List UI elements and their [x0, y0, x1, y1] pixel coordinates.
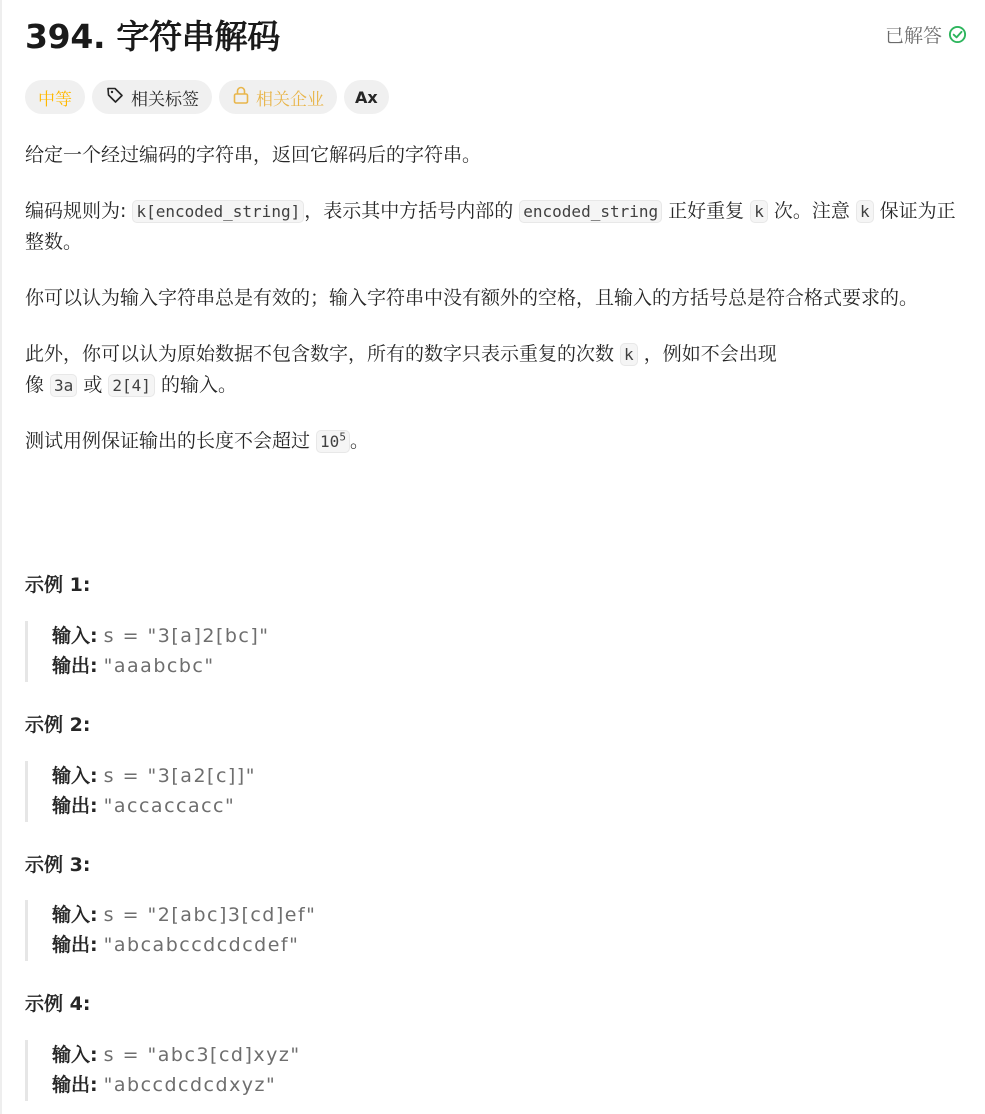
related-companies-label: 相关企业	[256, 85, 324, 110]
related-topics-label: 相关标签	[131, 85, 199, 110]
input-label: 输入:	[52, 1044, 98, 1066]
output-label: 输出:	[52, 795, 98, 817]
difficulty-badge[interactable]: 中等	[25, 80, 85, 114]
related-topics-button[interactable]: 相关标签	[92, 80, 212, 114]
desc-paragraph-5: 测试用例保证输出的长度不会超过 105。	[25, 426, 960, 457]
problem-header: 394. 字符串解码 已解答	[25, 10, 967, 58]
desc-paragraph-3: 你可以认为输入字符串总是有效的；输入字符串中没有额外的空格，且输入的方括号总是符…	[25, 283, 960, 314]
example-input: s = "3[a]2[bc]"	[104, 625, 270, 647]
lock-icon	[232, 85, 250, 110]
example-4-block: 输入: s = "abc3[cd]xyz" 输出: "abccdcdcdxyz"	[25, 1040, 652, 1101]
desc-paragraph-2: 编码规则为: k[encoded_string]，表示其中方括号内部的 enco…	[25, 196, 960, 258]
problem-title: 394. 字符串解码	[25, 11, 280, 58]
example-output: "abcabccdcdcdef"	[104, 934, 300, 956]
example-input: s = "2[abc]3[cd]ef"	[104, 904, 317, 926]
input-label: 输入:	[52, 904, 98, 926]
inline-code: k	[856, 200, 874, 223]
output-label: 输出:	[52, 934, 98, 956]
desc-paragraph-1: 给定一个经过编码的字符串，返回它解码后的字符串。	[25, 140, 960, 171]
example-1-title: 示例 1:	[25, 570, 90, 597]
example-2-block: 输入: s = "3[a2[c]]" 输出: "accaccacc"	[25, 761, 652, 822]
related-companies-button[interactable]: 相关企业	[219, 80, 337, 114]
desc-paragraph-4: 此外，你可以认为原始数据不包含数字，所有的数字只表示重复的次数 k ，例如不会出…	[25, 339, 960, 401]
inline-code: 2[4]	[108, 374, 155, 397]
problem-description: 给定一个经过编码的字符串，返回它解码后的字符串。 编码规则为: k[encode…	[25, 140, 960, 482]
example-output: "abccdcdcdxyz"	[104, 1074, 277, 1096]
output-label: 输出:	[52, 655, 98, 677]
example-3-block: 输入: s = "2[abc]3[cd]ef" 输出: "abcabccdcdc…	[25, 900, 652, 961]
solved-status: 已解答	[885, 21, 967, 48]
inline-code: k	[620, 343, 638, 366]
input-label: 输入:	[52, 625, 98, 647]
translate-button[interactable]: Ax	[344, 80, 389, 114]
example-output: "accaccacc"	[104, 795, 236, 817]
example-output: "aaabcbc"	[104, 655, 215, 677]
inline-code: encoded_string	[519, 200, 662, 223]
inline-code: 3a	[50, 374, 77, 397]
tag-icon	[105, 85, 125, 110]
left-border	[0, 0, 2, 1114]
check-circle-icon	[948, 25, 967, 44]
example-input: s = "3[a2[c]]"	[104, 765, 256, 787]
example-input: s = "abc3[cd]xyz"	[104, 1044, 301, 1066]
example-3-title: 示例 3:	[25, 850, 90, 877]
example-2-title: 示例 2:	[25, 710, 90, 737]
input-label: 输入:	[52, 765, 98, 787]
example-1-block: 输入: s = "3[a]2[bc]" 输出: "aaabcbc"	[25, 621, 652, 682]
inline-code: k[encoded_string]	[132, 200, 304, 223]
output-label: 输出:	[52, 1074, 98, 1096]
solved-label: 已解答	[885, 21, 942, 48]
translate-icon: Ax	[355, 88, 378, 107]
inline-code: k	[750, 200, 768, 223]
tag-bar: 中等 相关标签 相关企业 Ax	[25, 80, 389, 114]
example-4-title: 示例 4:	[25, 989, 90, 1016]
inline-code: 105	[316, 430, 350, 453]
